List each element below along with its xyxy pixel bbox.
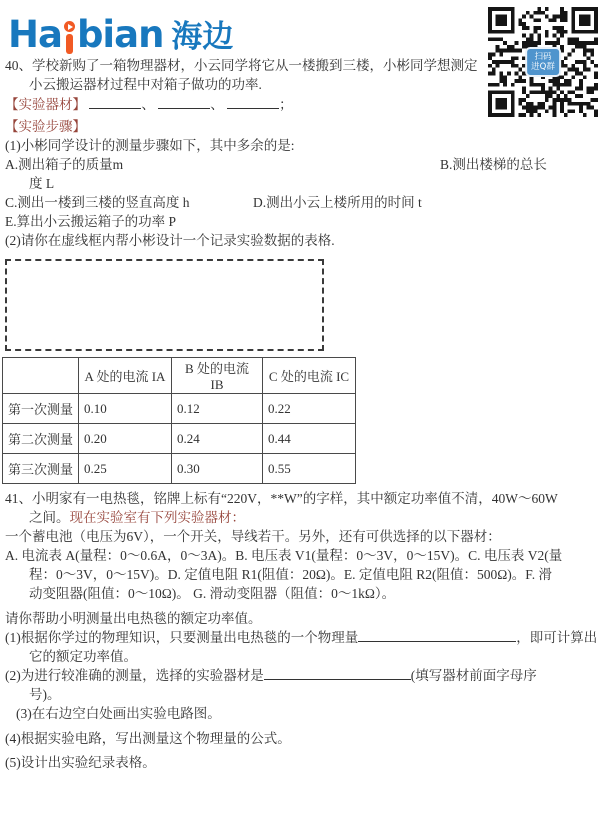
option-b-wrap: 度 L	[5, 174, 599, 193]
q41-sub3: (3)在右边空白处画出实验电路图。	[5, 704, 599, 723]
materials-end: ；	[279, 97, 293, 112]
q40-materials-line: 【实验器材】 、 、 ；	[5, 94, 599, 115]
materials-blank-3	[227, 95, 279, 109]
table-row: 第二次测量 0.20 0.24 0.44	[3, 424, 356, 454]
q41-sub2-post: (填写器材前面字母序	[411, 668, 537, 683]
q40-step2: (2)请你在虚线框内帮小彬设计一个记录实验数据的表格.	[5, 231, 599, 250]
q41-line2-black: 之间。	[29, 510, 70, 525]
q41-sub1-post: ，即可计算出	[516, 630, 597, 645]
table-header-row: A 处的电流 IA B 处的电流 IB C 处的电流 IC	[3, 358, 356, 394]
q41-sub2: (2)为进行较准确的测量，选择的实验器材是(填写器材前面字母序	[5, 666, 599, 685]
option-d: D.测出小云上楼所用的时间 t	[253, 193, 422, 212]
q41-sub1-blank	[358, 628, 516, 642]
logo-i-stem	[66, 34, 73, 54]
logo-text-cn: 海边	[171, 20, 233, 54]
q40-options-cd: C.测出一楼到三楼的竖直高度 h D.测出小云上楼所用的时间 t	[5, 193, 599, 212]
option-e: E.算出小云搬运箱子的功率 P	[5, 212, 599, 231]
q41-sub2-wrap: 号)。	[5, 685, 599, 704]
cell-value: 0.10	[79, 394, 172, 424]
q41-sub5: (5)设计出实验纪录表格。	[5, 753, 599, 772]
q41-sub4: (4)根据实验电路，写出测量这个物理量的公式。	[5, 729, 599, 748]
row-label: 第一次测量	[3, 394, 79, 424]
q41-line4: A. 电流表 A(量程：0～0.6A，0～3A)。B. 电压表 V1(量程：0～…	[5, 546, 599, 565]
q40-line2: 小云搬运器材过程中对箱子做功的功率.	[5, 75, 599, 94]
cell-value: 0.30	[172, 454, 263, 484]
logo-letter-i	[64, 16, 76, 54]
cell-value: 0.20	[79, 424, 172, 454]
logo-text-ha: Ha	[8, 16, 62, 54]
row-label: 第三次测量	[3, 454, 79, 484]
q41-sub2-blank	[264, 666, 411, 680]
cell-value: 0.25	[79, 454, 172, 484]
materials-blank-2	[158, 95, 210, 109]
q41-line2-red: 现在实验室有下列实验器材：	[70, 510, 246, 525]
table-row: 第一次测量 0.10 0.12 0.22	[3, 394, 356, 424]
steps-label: 【实验步骤】	[5, 117, 599, 136]
q41-help: 请你帮助小明测量出电热毯的额定功率值。	[5, 609, 599, 628]
cell-value: 0.22	[263, 394, 356, 424]
cell-value: 0.55	[263, 454, 356, 484]
materials-label: 【实验器材】	[5, 97, 86, 112]
header-current-c: C 处的电流 IC	[263, 358, 356, 394]
q40-options-ab: A.测出箱子的质量m B.测出楼梯的总长	[5, 155, 599, 174]
q41-sub1-wrap: 它的额定功率值。	[5, 647, 599, 666]
row-label: 第二次测量	[3, 424, 79, 454]
materials-blank-1	[89, 95, 141, 109]
option-a: A.测出箱子的质量m	[5, 157, 123, 172]
document-body: 40、学校新购了一箱物理器材，小云同学将它从一楼搬到三楼，小彬同学想测定 小云搬…	[5, 56, 599, 772]
play-icon	[64, 21, 75, 32]
cell-value: 0.24	[172, 424, 263, 454]
header-current-b: B 处的电流 IB	[172, 358, 263, 394]
q41-line3: 一个蓄电池（电压为6V），一个开关，导线若干。另外，还有可供选择的以下器材：	[5, 527, 599, 546]
cell-value: 0.12	[172, 394, 263, 424]
q41-line5: 程：0～3V，0～15V)。D. 定值电阻 R1(阻值：20Ω)。E. 定值电阻…	[5, 565, 599, 584]
materials-sep-2: 、	[210, 97, 224, 112]
header-empty	[3, 358, 79, 394]
logo-text-bian: bian	[77, 16, 163, 54]
q41-line6: 动变阻器(阻值：0～10Ω)。 G. 滑动变阻器（阻值：0～1kΩ）。	[5, 584, 599, 603]
q41-line1: 41、小明家有一电热毯，铭牌上标有“220V，**W”的字样，其中额定功率值不清…	[5, 489, 599, 508]
header-current-a: A 处的电流 IA	[79, 358, 172, 394]
current-measurement-table: A 处的电流 IA B 处的电流 IB C 处的电流 IC 第一次测量 0.10…	[2, 357, 356, 484]
haibian-logo: Ha bian 海边	[8, 12, 233, 54]
q41-sub1-pre: (1)根据你学过的物理知识，只要测量出电热毯的一个物理量	[5, 630, 358, 645]
q41-sub2-pre: (2)为进行较准确的测量，选择的实验器材是	[5, 668, 264, 683]
worksheet-page: Ha bian 海边 扫码 进Q群 40、学校新购了一箱物理器材，小云同学将它从…	[0, 0, 606, 814]
table-row: 第三次测量 0.25 0.30 0.55	[3, 454, 356, 484]
q40-step1: (1)小彬同学设计的测量步骤如下，其中多余的是:	[5, 136, 599, 155]
answer-dashed-box	[5, 259, 324, 351]
option-c: C.测出一楼到三楼的竖直高度 h	[5, 195, 190, 210]
q40-line1: 40、学校新购了一箱物理器材，小云同学将它从一楼搬到三楼，小彬同学想测定	[5, 56, 599, 75]
q41-sub1: (1)根据你学过的物理知识，只要测量出电热毯的一个物理量，即可计算出	[5, 628, 599, 647]
q41-line2: 之间。现在实验室有下列实验器材：	[5, 508, 599, 527]
materials-sep-1: 、	[141, 97, 155, 112]
option-b: B.测出楼梯的总长	[440, 155, 547, 174]
cell-value: 0.44	[263, 424, 356, 454]
